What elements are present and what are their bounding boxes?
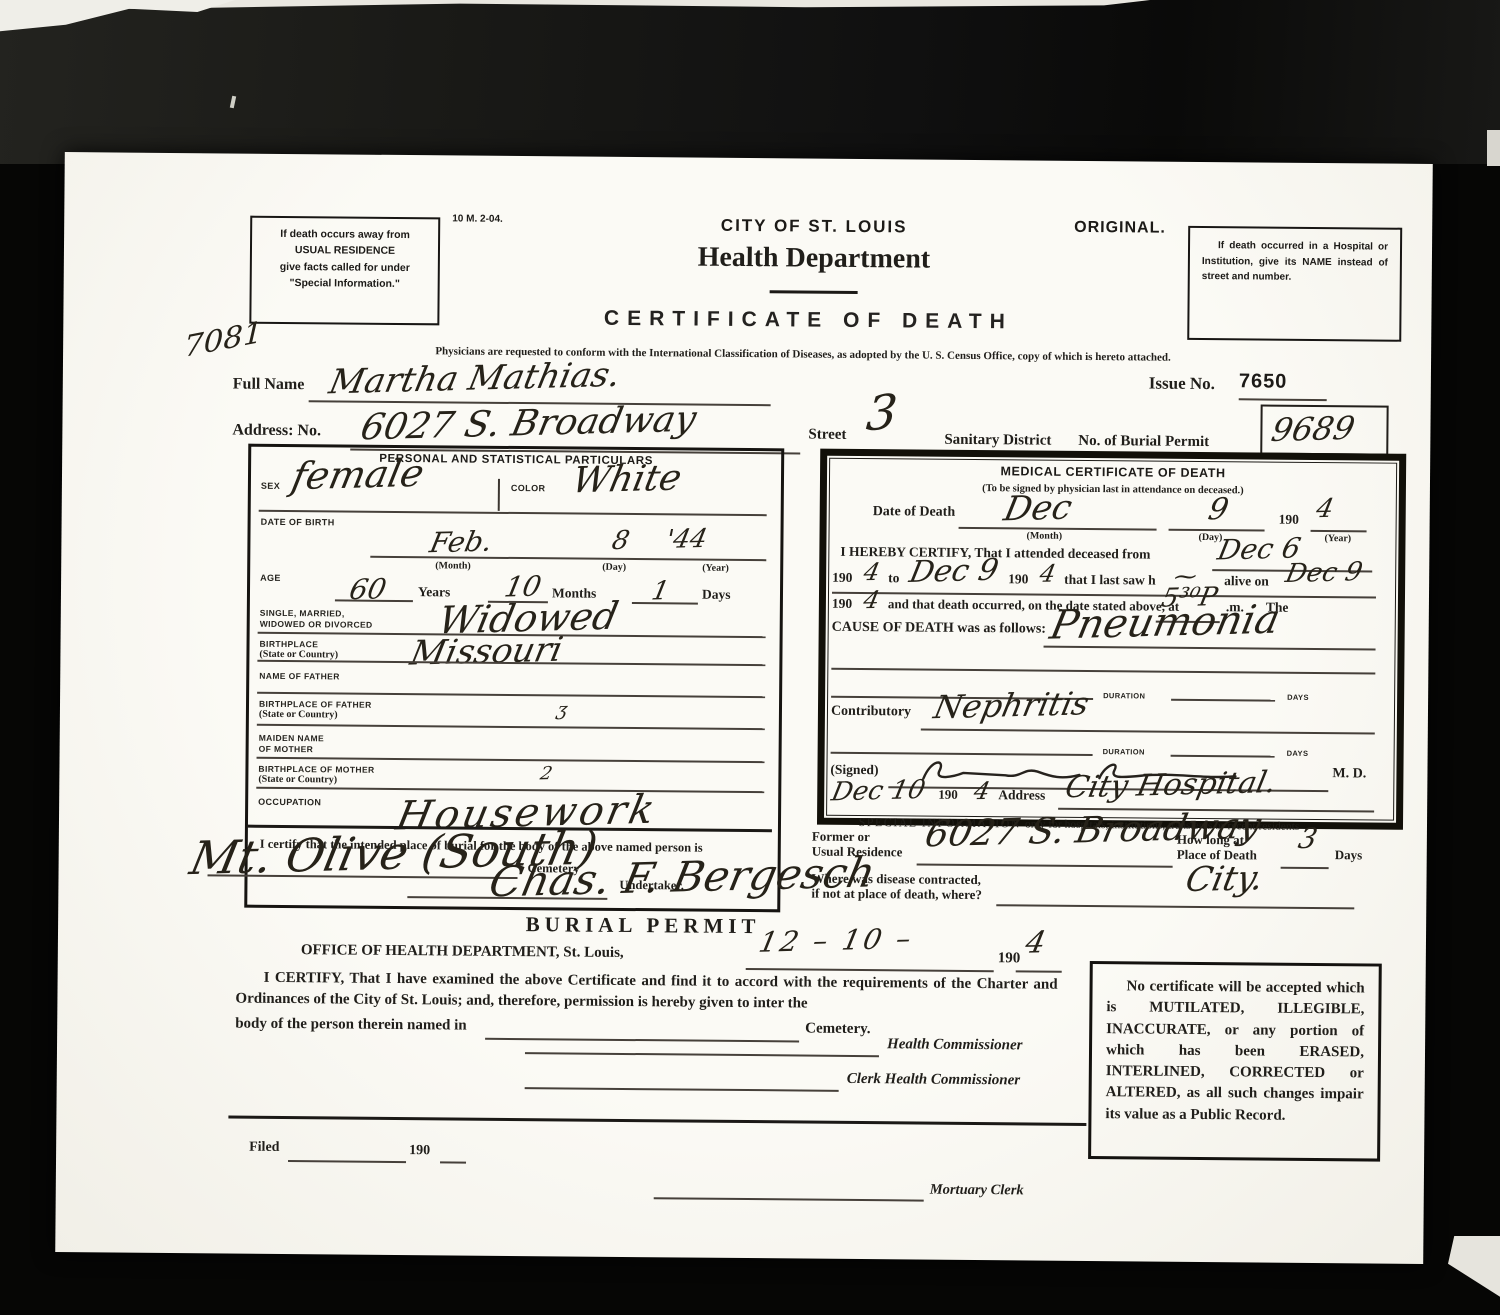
cause-of-death-label: CAUSE OF DEATH was as follows: [832,620,1046,638]
form-line [654,1197,924,1201]
form-line [525,1052,879,1057]
to-word: to [888,570,899,586]
last-seen-handwritten: Dec 9 [1283,559,1365,587]
form-line [1016,970,1062,972]
mother-maiden-label: MAIDEN NAME [259,733,324,744]
contributory-handwritten: Nephritis [931,687,1092,723]
alive-on-text: alive on [1224,573,1269,589]
death-day-handwritten: 9 [1206,495,1231,525]
days-word: Days [1335,847,1363,863]
form-print-notation: 10 M. 2-04. [452,213,503,224]
days-caption: DAYS [1287,693,1309,702]
printed-190: 190 [938,787,958,803]
state-country-caption: (State or Country) [259,649,338,661]
printed-190: 190 [409,1143,430,1159]
original-stamp: ORIGINAL. [1074,219,1166,238]
notice-line: give facts called for under [256,258,434,276]
sanitary-district-handwritten: 3 [864,388,899,439]
burial-permit-no-box: 9689 [1260,404,1388,455]
contributory-label: Contributory [831,704,911,721]
month-caption: (Month) [1026,530,1062,541]
office-line: OFFICE OF HEALTH DEPARTMENT, St. Louis, [301,942,624,962]
column-divider [498,479,500,511]
sex-handwritten: female [289,454,428,495]
undertaker-handwritten: Chas. F. Bergesch [486,852,879,904]
color-label: COLOR [511,483,546,493]
occupation-label: OCCUPATION [258,797,321,808]
year-handwritten: 4 [862,560,882,584]
former-residence-label: Former or [812,829,870,846]
printed-190: 190 [832,596,852,612]
street-label: Street [808,427,846,444]
form-line [917,864,1173,868]
permit-certify-paragraph: I CERTIFY, That I have examined the abov… [235,968,1057,1017]
form-line [1239,398,1327,400]
dob-year-handwritten: '44 [664,526,710,553]
printed-190: 190 [1008,571,1028,587]
month-caption: (Month) [435,560,471,571]
filed-label: Filed [249,1140,279,1156]
hospital-notice-text: If death occurred in a Hospital or Insti… [1202,238,1388,286]
death-month-handwritten: Dec [1001,491,1075,527]
form-line [288,1160,406,1163]
duration-caption: DURATION [1103,691,1145,700]
year-handwritten: 4 [1038,561,1058,585]
address-label: Address: No. [232,422,321,441]
notice-line: "Special Information." [256,275,434,293]
form-line [440,1161,466,1163]
age-days-handwritten: 1 [649,578,671,604]
form-line [257,757,765,763]
age-label: AGE [260,573,281,583]
medical-box-subtitle: (To be signed by physician last in atten… [827,482,1399,498]
form-line [831,668,1375,674]
form-line [257,724,765,730]
form-line [1311,530,1367,532]
form-line [1281,867,1329,869]
film-border-top [0,0,1500,164]
date-of-death-label: Date of Death [873,504,956,521]
issue-no-label: Issue No. [1149,374,1215,395]
state-country-caption: (State or Country) [258,774,337,786]
mortuary-clerk-label: Mortuary Clerk [930,1182,1024,1200]
medical-box-title: MEDICAL CERTIFICATE OF DEATH [827,463,1399,482]
signed-date-handwritten: Dec 10 [829,777,927,805]
md-label: M. D. [1332,766,1366,782]
form-line [1171,699,1275,701]
day-caption: (Day) [602,562,626,573]
cause-of-death-handwritten: Pneumonia [1047,600,1283,646]
printed-190: 190 [998,950,1021,967]
father-name-label: NAME OF FATHER [259,671,340,682]
certificate-title: CERTIFICATE OF DEATH [393,305,1223,336]
form-line [632,602,698,604]
form-line [1044,646,1376,650]
days-word: Days [702,587,731,603]
year-caption: (Year) [702,563,729,574]
dob-month-handwritten: Feb. [427,528,494,558]
film-bottom-wedge [1448,1236,1500,1302]
dob-day-handwritten: 8 [610,528,632,554]
death-certificate-page: If death occurs away from USUAL RESIDENC… [55,152,1433,1264]
disease-contracted-handwritten: City. [1183,861,1267,897]
signed-year-handwritten: 4 [972,779,992,803]
form-line [746,968,994,972]
medical-certificate-box: MEDICAL CERTIFICATE OF DEATH (To be sign… [817,449,1406,830]
address-handwritten: 6027 S. Broadway [358,402,700,447]
last-saw-text: that I last saw h [1064,572,1156,589]
health-commissioner-label: Health Commissioner [887,1036,1023,1054]
header-city: CITY OF ST. LOUIS [594,215,1034,239]
permit-year-handwritten: 4 [1023,928,1048,958]
warning-text: No certificate will be accepted which is… [1105,976,1364,1127]
physician-address-handwritten: City Hospital. [1062,768,1278,803]
form-line [525,1087,839,1091]
clerk-health-commissioner-label: Clerk Health Commissioner [847,1071,1021,1090]
printed-190: 190 [832,570,852,586]
marital-label: WIDOWED OR DIVORCED [260,619,373,630]
physician-address-label: Address [998,787,1045,803]
film-edge-tab [1487,130,1500,166]
personal-particulars-box: PERSONAL AND STATISTICAL PARTICULARS SEX… [244,444,784,913]
sanitary-district-label: Sanitary District [944,432,1051,450]
form-line [996,904,1354,909]
sex-label: SEX [261,481,280,491]
mother-birthplace-mark: 2 [539,765,554,783]
form-line [1169,529,1265,531]
birthplace-label: BIRTHPLACE [259,639,318,650]
printed-190: 190 [1279,512,1299,528]
days-caption: DAYS [1287,749,1309,758]
section-divider-line [228,1116,1086,1126]
form-line [257,692,765,698]
body-named-in-text: body of the person therein named in [235,1016,467,1035]
date-of-birth-label: DATE OF BIRTH [261,517,335,528]
notice-line: If death occurs away from [256,226,434,244]
no-certificate-warning-box: No certificate will be accepted which is… [1088,961,1382,1162]
attended-to-handwritten: Dec 9 [907,556,1001,588]
form-line [485,1038,799,1042]
permit-date-handwritten: 12 – 10 – [757,925,917,957]
death-year-handwritten: 4 [1314,496,1336,522]
header-department: Health Department [594,241,1034,277]
state-country-caption: (State or Country) [259,709,338,721]
burial-permit-no-label: No. of Burial Permit [1078,433,1209,451]
microfilm-scan: If death occurs away from USUAL RESIDENC… [0,0,1500,1315]
mother-maiden-label: OF MOTHER [259,744,314,754]
notice-line: USUAL RESIDENCE [256,242,434,260]
color-handwritten: White [569,461,685,500]
full-name-label: Full Name [233,376,305,395]
ledger-number-handwritten: 7081 [184,318,263,363]
issue-no-value: 7650 [1239,370,1288,393]
header-underline [770,290,858,294]
form-line [921,729,1375,734]
cemetery-word: Cemetery. [805,1021,871,1039]
burial-permit-no-handwritten: 9689 [1269,412,1358,446]
father-birthplace-mark: ʒ [555,701,569,719]
full-name-handwritten: Martha Mathias. [326,358,623,399]
birthplace-handwritten: Missouri [407,633,565,671]
year-caption: (Year) [1324,533,1351,544]
form-line [259,510,767,516]
marital-label: SINGLE, MARRIED, [260,608,345,619]
